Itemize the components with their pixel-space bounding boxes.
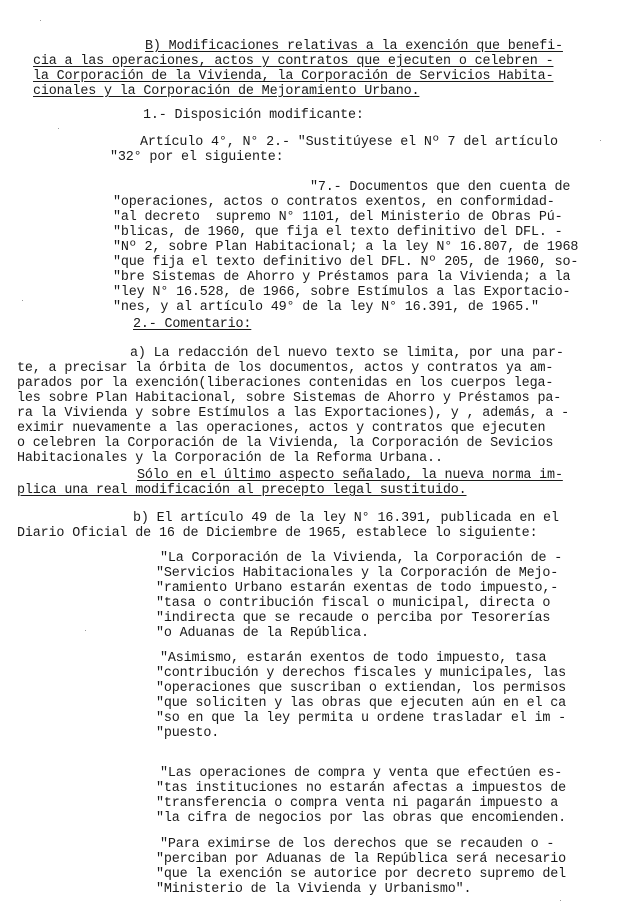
para-a-line: ra la Vivienda y sobre Estímulos a las E… — [17, 406, 569, 421]
para-a-line: eximir nuevamente a las operaciones, act… — [17, 421, 545, 436]
quote2-line: "que soliciten y las obras que ejecuten … — [156, 696, 566, 711]
section-b-heading-line: la Corporación de la Vivienda, la Corpor… — [33, 69, 553, 84]
para-b-line: Diario Oficial de 16 de Diciembre de 196… — [17, 526, 537, 541]
quote1-line: "Servicios Habitacionales y la Corporaci… — [156, 566, 558, 581]
quote2-line: "Asimismo, estarán exentos de todo impue… — [160, 651, 546, 666]
para-a2-line: plica una real modificación al precepto … — [17, 483, 467, 498]
scan-speck — [85, 630, 86, 631]
quote1-line: "indirecta que se recaude o perciba por … — [156, 611, 550, 626]
quote3-line: "la cifra de negocios por las obras que … — [156, 811, 566, 826]
article-line: "32° por el siguiente: — [110, 150, 284, 165]
quote-line: "operaciones, actos o contratos exentos,… — [113, 195, 555, 210]
para-a-line: te, a precisar la órbita de los document… — [17, 361, 553, 376]
para-a2-line: Sólo en el último aspecto señalado, la n… — [137, 468, 563, 483]
quote-line: "ley N° 16.528, de 1966, sobre Estímulos… — [113, 285, 570, 300]
scan-speck — [560, 900, 561, 901]
quote2-line: "so en que la ley permita u ordene trasl… — [156, 711, 566, 726]
quote3-line: "tas instituciones no estarán afectas a … — [156, 781, 566, 796]
quote-line: "al decreto supremo N° 1101, del Ministe… — [113, 210, 563, 225]
scan-speck — [40, 20, 41, 21]
quote2-line: "puesto. — [156, 726, 219, 741]
quote4-line: "que la exención se autorice por decreto… — [156, 867, 566, 882]
quote1-line: "ramiento Urbano estarán exentas de todo… — [156, 581, 558, 596]
quote2-line: "operaciones que suscriban o extiendan, … — [156, 681, 566, 696]
quote3-line: "transferencia o compra venta ni pagarán… — [156, 796, 558, 811]
quote-line: "Nº 2, sobre Plan Habitacional; a la ley… — [113, 240, 578, 255]
quote1-line: "La Corporación de la Vivienda, la Corpo… — [160, 551, 562, 566]
quote4-line: "Para eximirse de los derechos que se re… — [160, 837, 554, 852]
quote-line: "nes, y al artículo 49° de la ley N° 16.… — [113, 300, 539, 315]
quote2-line: "contribución y derechos fiscales y muni… — [156, 666, 566, 681]
quote-line: "bre Sistemas de Ahorro y Préstamos para… — [113, 270, 570, 285]
section-b-heading-line: B) Modificaciones relativas a la exenció… — [145, 39, 563, 54]
scan-speck — [600, 140, 601, 141]
quote4-line: "perciban por Aduanas de la República se… — [156, 852, 566, 867]
para-a-line: parados por la exención(liberaciones con… — [17, 376, 553, 391]
para-a-line: a) La redacción del nuevo texto se limit… — [130, 346, 564, 361]
quote4-line: "Ministerio de la Vivienda y Urbanismo". — [156, 882, 471, 897]
scan-speck — [58, 128, 59, 129]
quote-line: "blicas, de 1960, que fija el texto defi… — [113, 225, 563, 240]
quote1-line: "o Aduanas de la República. — [156, 626, 369, 641]
quote-line: "7.- Documentos que den cuenta de — [310, 180, 570, 195]
para-a-line: les sobre Plan Habitacional, sobre Siste… — [17, 391, 561, 406]
document-page: B) Modificaciones relativas a la exenció… — [0, 0, 630, 917]
para-b-line: b) El artículo 49 de la ley N° 16.391, p… — [133, 511, 559, 526]
section-b-heading-line: cionales y la Corporación de Mejoramient… — [33, 84, 419, 99]
para-a-line: Habitacionales y la Corporación de la Re… — [17, 451, 443, 466]
item2-title: 2.- Comentario: — [133, 317, 251, 332]
article-line: Artículo 4°, N° 2.- "Sustitúyese el Nº 7… — [140, 135, 558, 150]
scan-speck — [22, 300, 23, 301]
item1-title: 1.- Disposición modificante: — [143, 108, 364, 123]
quote-line: "que fija el texto definitivo del DFL. N… — [113, 255, 578, 270]
para-a-line: o celebren la Corporación de la Vivienda… — [17, 436, 553, 451]
quote1-line: "tasa o contribución fiscal o municipal,… — [156, 596, 550, 611]
section-b-heading-line: cia a las operaciones, actos y contratos… — [33, 54, 553, 69]
quote3-line: "Las operaciones de compra y venta que e… — [160, 766, 562, 781]
